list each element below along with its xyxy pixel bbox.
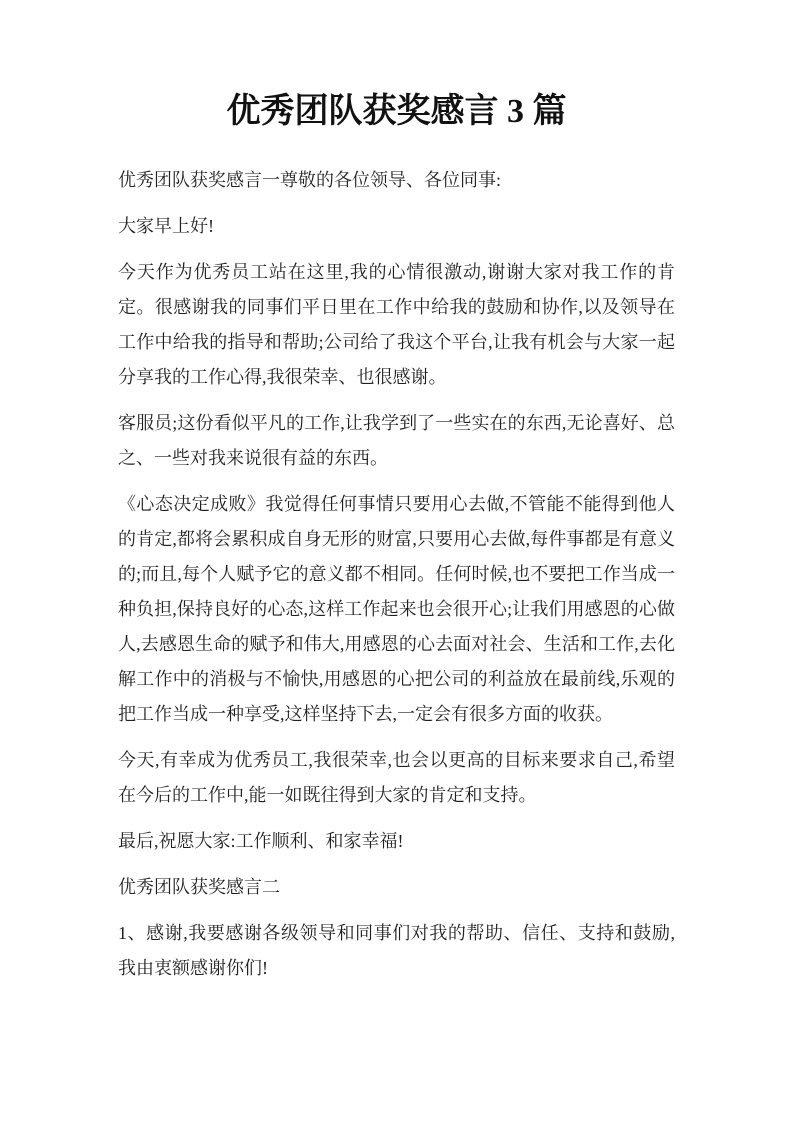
paragraph-thanks: 今天作为优秀员工站在这里,我的心情很激动,谢谢大家对我工作的肯定。很感谢我的同事… xyxy=(118,255,675,395)
paragraph-section2-thanks: 1、感谢,我要感谢各级领导和同事们对我的帮助、信任、支持和鼓励,我由衷额感谢你们… xyxy=(118,916,675,986)
document-body: 优秀团队获奖感言一尊敬的各位领导、各位同事: 大家早上好! 今天作为优秀员工站在… xyxy=(118,163,675,986)
paragraph-salutation: 优秀团队获奖感言一尊敬的各位领导、各位同事: xyxy=(118,163,675,198)
paragraph-wishes: 最后,祝愿大家:工作顺利、和家幸福! xyxy=(118,824,675,859)
paragraph-attitude: 《心态决定成败》我觉得任何事情只要用心去做,不管能不能得到他人的肯定,都将会累积… xyxy=(118,487,675,732)
paragraph-greeting: 大家早上好! xyxy=(118,209,675,244)
paragraph-job: 客服员;这份看似平凡的工作,让我学到了一些实在的东西,无论喜好、总之、一些对我来… xyxy=(118,406,675,476)
document-title: 优秀团队获奖感言 3 篇 xyxy=(118,90,675,134)
document-page: 优秀团队获奖感言 3 篇 优秀团队获奖感言一尊敬的各位领导、各位同事: 大家早上… xyxy=(0,0,793,1122)
paragraph-section2-heading: 优秀团队获奖感言二 xyxy=(118,870,675,905)
paragraph-goal: 今天,有幸成为优秀员工,我很荣幸,也会以更高的目标来要求自己,希望在今后的工作中… xyxy=(118,743,675,813)
